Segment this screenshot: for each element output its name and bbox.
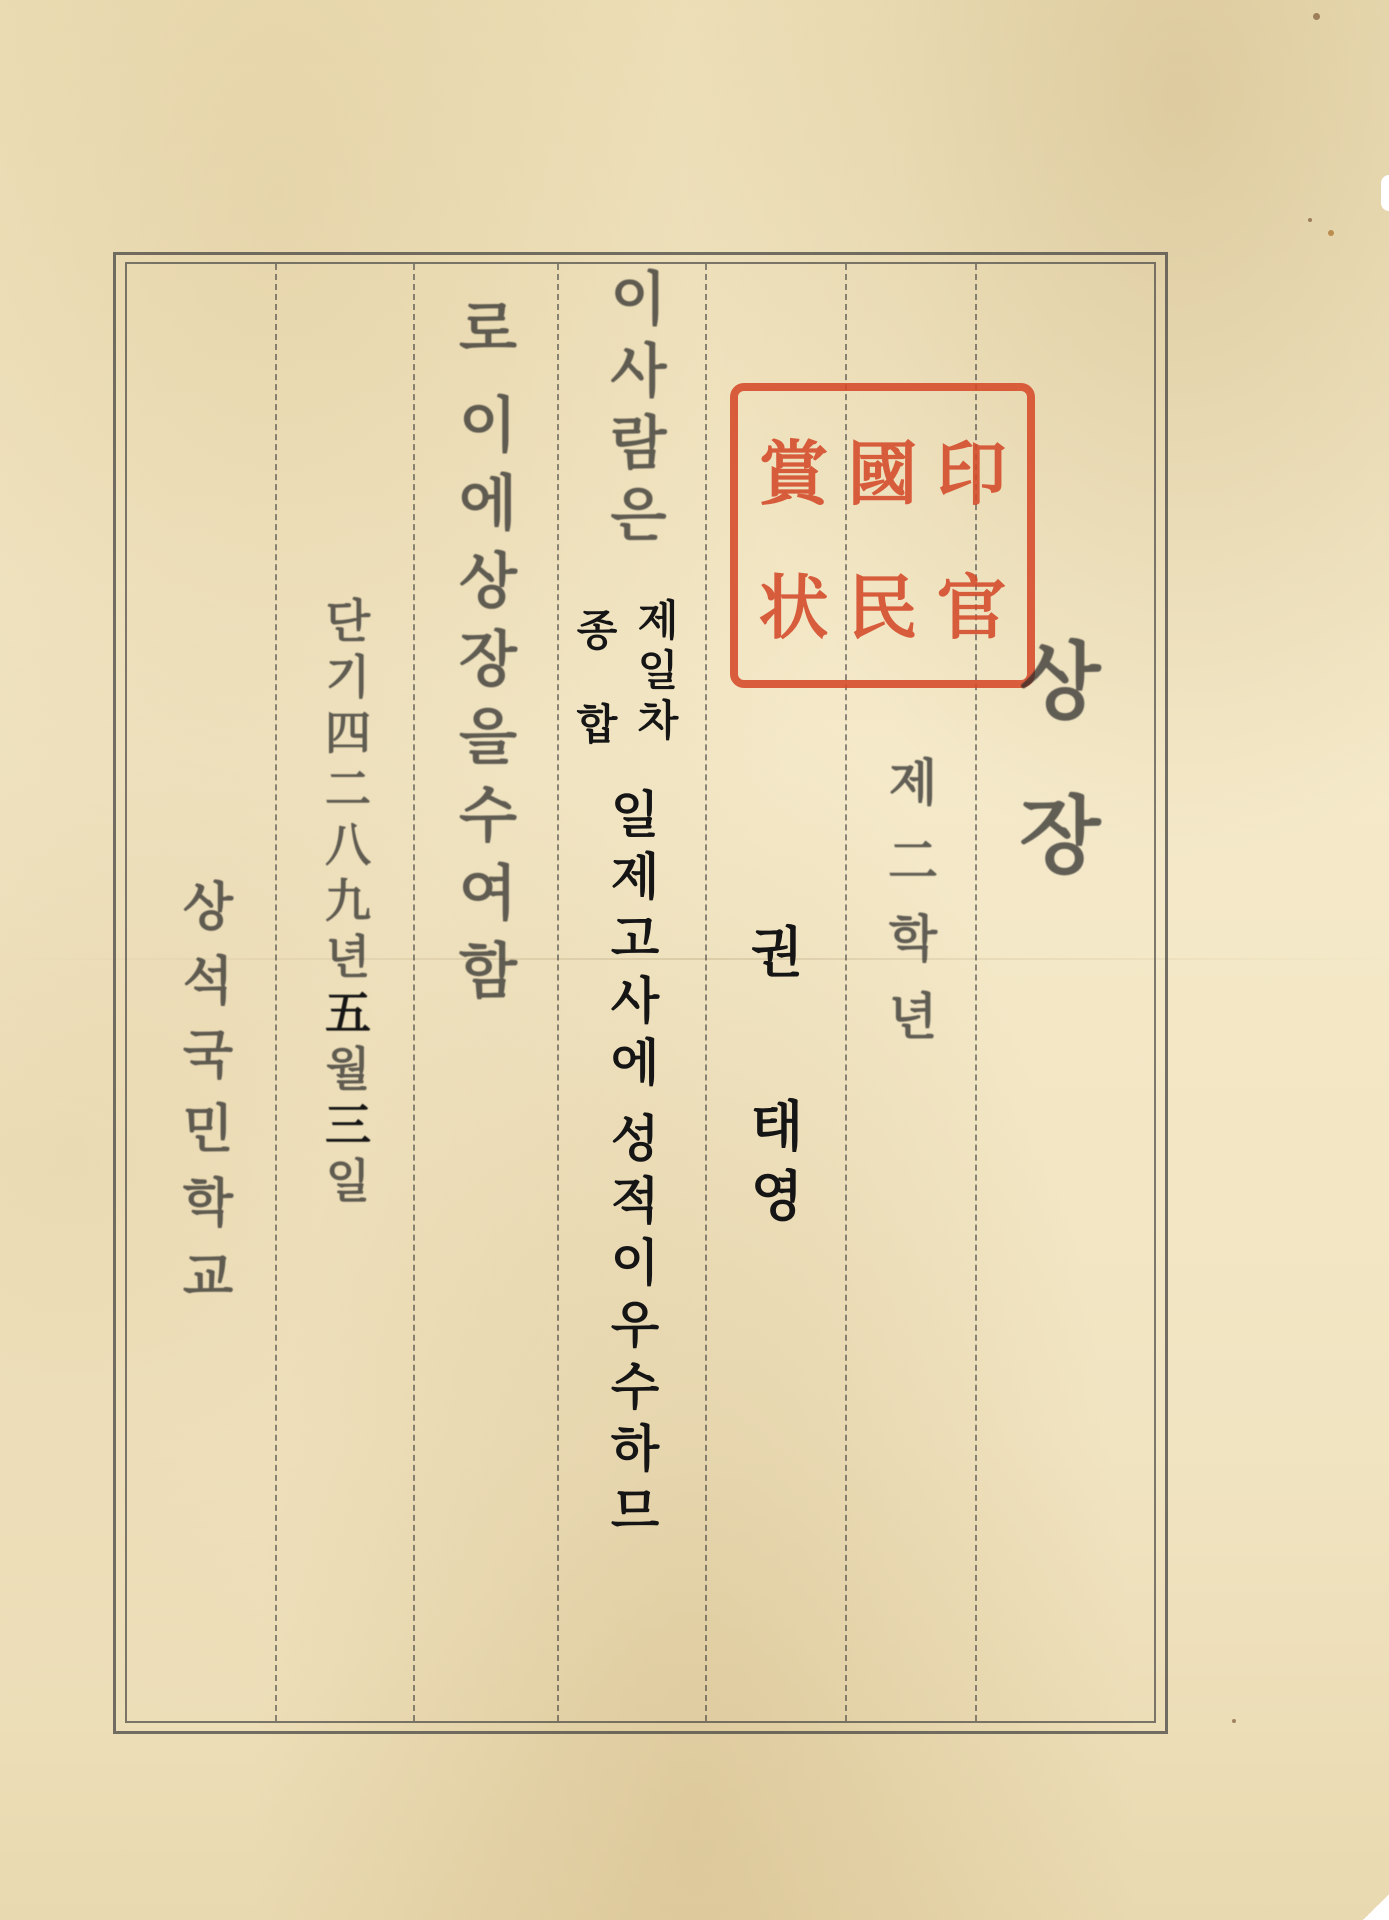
- ink-spot: [1313, 13, 1320, 20]
- school-char: 상: [183, 882, 233, 934]
- stain-spot: [1328, 230, 1334, 236]
- column-divider: [557, 264, 559, 1721]
- body-text-line-2: 로 이 에 상 장 을 수 여 함: [428, 300, 548, 1020]
- official-red-seal: 賞 國 印 状 民 官: [730, 383, 1035, 688]
- grade-char: 二: [888, 836, 938, 886]
- body-char: 성: [611, 1114, 659, 1164]
- insert-char: 종: [577, 610, 618, 652]
- issue-date: 단 기 四 二 八 九 년 五 월 三 일: [298, 598, 398, 1214]
- grade-char: 제: [889, 758, 937, 808]
- seal-character: 賞: [752, 405, 835, 533]
- paper-edge-tear: [1381, 175, 1389, 211]
- column-divider: [705, 264, 707, 1721]
- body-text-line-1-continued: 일 제 고 사 에 성 적 이 우 수 하 므: [580, 790, 690, 1548]
- date-char: 월: [326, 1046, 370, 1092]
- grade-char: 년: [889, 992, 937, 1042]
- body-char: 적: [611, 1176, 659, 1226]
- body-char: 상: [459, 552, 517, 612]
- insertion-left: 종 합: [567, 610, 627, 746]
- body-char: 을: [459, 708, 517, 768]
- body-char: 수: [459, 786, 517, 846]
- date-char: 단: [326, 598, 370, 644]
- grade-label: 제 二 학 년: [858, 758, 968, 1070]
- seal-character: 状: [752, 539, 835, 667]
- body-text-line-1: 이 사 람 은: [570, 270, 695, 558]
- date-char: 九: [325, 878, 371, 924]
- body-char: 장: [459, 630, 517, 690]
- insert-char: 제: [638, 600, 679, 642]
- column-divider: [275, 264, 277, 1721]
- column-divider: [413, 264, 415, 1721]
- name-char: 태: [751, 1099, 803, 1153]
- body-char: 우: [611, 1300, 659, 1350]
- school-char: 교: [183, 1252, 233, 1304]
- date-char: 五: [325, 990, 371, 1036]
- body-char: 이: [611, 1238, 659, 1288]
- name-char: 권: [751, 925, 803, 979]
- insert-char: 합: [577, 704, 618, 746]
- title-char: 상: [1019, 640, 1100, 724]
- seal-character: 國: [841, 405, 924, 533]
- insertion-right: 제 일 차: [628, 600, 688, 742]
- seal-character: 印: [930, 405, 1013, 533]
- body-char: 고: [611, 914, 659, 964]
- body-char: 은: [610, 486, 666, 544]
- body-char: 이: [610, 270, 666, 328]
- body-char: 이: [459, 396, 517, 456]
- ink-spot: [1232, 1719, 1236, 1723]
- seal-character: 民: [841, 539, 924, 667]
- body-char: 사: [610, 342, 666, 400]
- body-char: 제: [611, 852, 659, 902]
- certificate-title: 상 장: [1000, 640, 1120, 948]
- school-char: 학: [183, 1178, 233, 1230]
- body-char: 하: [611, 1424, 659, 1474]
- name-char: 영: [751, 1169, 803, 1223]
- body-char: 일: [611, 790, 659, 840]
- body-char: 사: [611, 976, 659, 1026]
- insert-char: 차: [638, 700, 679, 742]
- body-char: 람: [610, 414, 666, 472]
- title-char: 장: [1019, 794, 1100, 878]
- school-char: 민: [183, 1104, 233, 1156]
- date-char: 八: [325, 822, 371, 868]
- body-char: 므: [611, 1486, 659, 1536]
- date-char: 四: [325, 710, 371, 756]
- ink-spot: [1308, 218, 1312, 222]
- body-char: 에: [611, 1038, 659, 1088]
- school-char: 석: [183, 956, 233, 1008]
- issuing-school: 상 석 국 민 학 교: [148, 882, 268, 1326]
- body-char: 에: [459, 474, 517, 534]
- paper-corner-cut: [1363, 1894, 1389, 1920]
- date-char: 년: [326, 934, 370, 980]
- insert-char: 일: [638, 650, 679, 692]
- date-char: 일: [326, 1158, 370, 1204]
- body-char: 로: [459, 300, 517, 360]
- body-char: 여: [459, 864, 517, 924]
- school-char: 국: [183, 1030, 233, 1082]
- date-char: 기: [326, 654, 370, 700]
- body-char: 수: [611, 1362, 659, 1412]
- grade-char: 학: [889, 914, 937, 964]
- date-char: 三: [325, 1102, 371, 1148]
- date-char: 二: [325, 766, 371, 812]
- recipient-name: 권 태 영: [722, 925, 832, 1223]
- body-char: 함: [459, 942, 517, 1002]
